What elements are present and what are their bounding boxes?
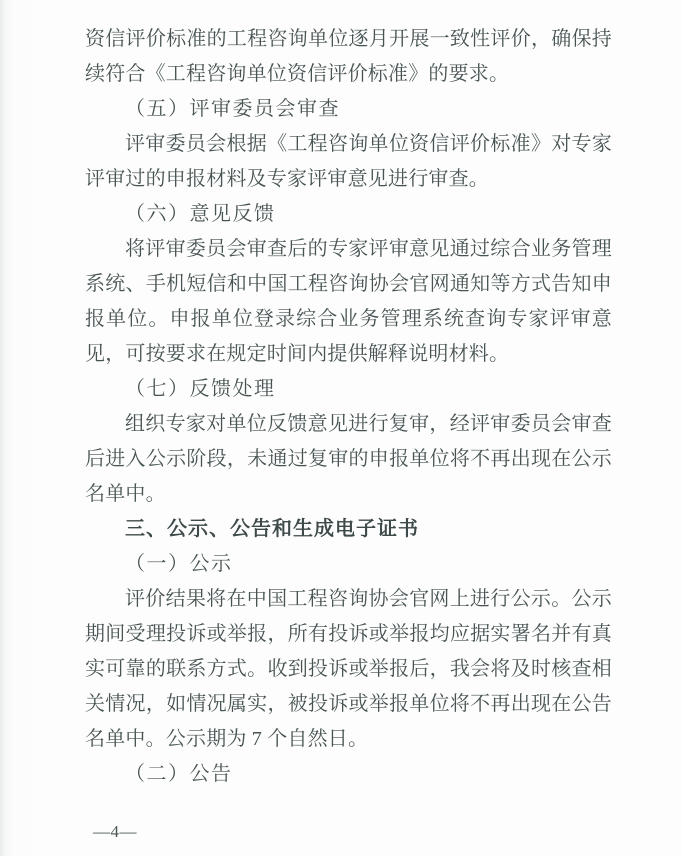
body-paragraph: 评审委员会根据《工程咨询单位资信评价标准》对专家评审过的申报材料及专家评审意见进… <box>85 127 612 197</box>
subsection-heading: （一）公示 <box>85 547 612 582</box>
subsection-heading: （二）公告 <box>85 757 612 792</box>
document-text-block: 资信评价标准的工程咨询单位逐月开展一致性评价，确保持续符合《工程咨询单位资信评价… <box>85 22 612 792</box>
subsection-heading: （五）评审委员会审查 <box>85 92 612 127</box>
body-paragraph: 组织专家对单位反馈意见进行复审，经评审委员会审查后进入公示阶段，未通过复审的申报… <box>85 407 612 512</box>
section-heading: 三、公示、公告和生成电子证书 <box>85 512 612 547</box>
body-paragraph: 资信评价标准的工程咨询单位逐月开展一致性评价，确保持续符合《工程咨询单位资信评价… <box>85 22 612 92</box>
subsection-heading: （七）反馈处理 <box>85 372 612 407</box>
document-page: 资信评价标准的工程咨询单位逐月开展一致性评价，确保持续符合《工程咨询单位资信评价… <box>0 0 682 856</box>
body-paragraph: 评价结果将在中国工程咨询协会官网上进行公示。公示期间受理投诉或举报，所有投诉或举… <box>85 582 612 757</box>
subsection-heading: （六）意见反馈 <box>85 197 612 232</box>
page-number: —4— <box>93 822 137 842</box>
body-paragraph: 将评审委员会审查后的专家评审意见通过综合业务管理系统、手机短信和中国工程咨询协会… <box>85 232 612 372</box>
